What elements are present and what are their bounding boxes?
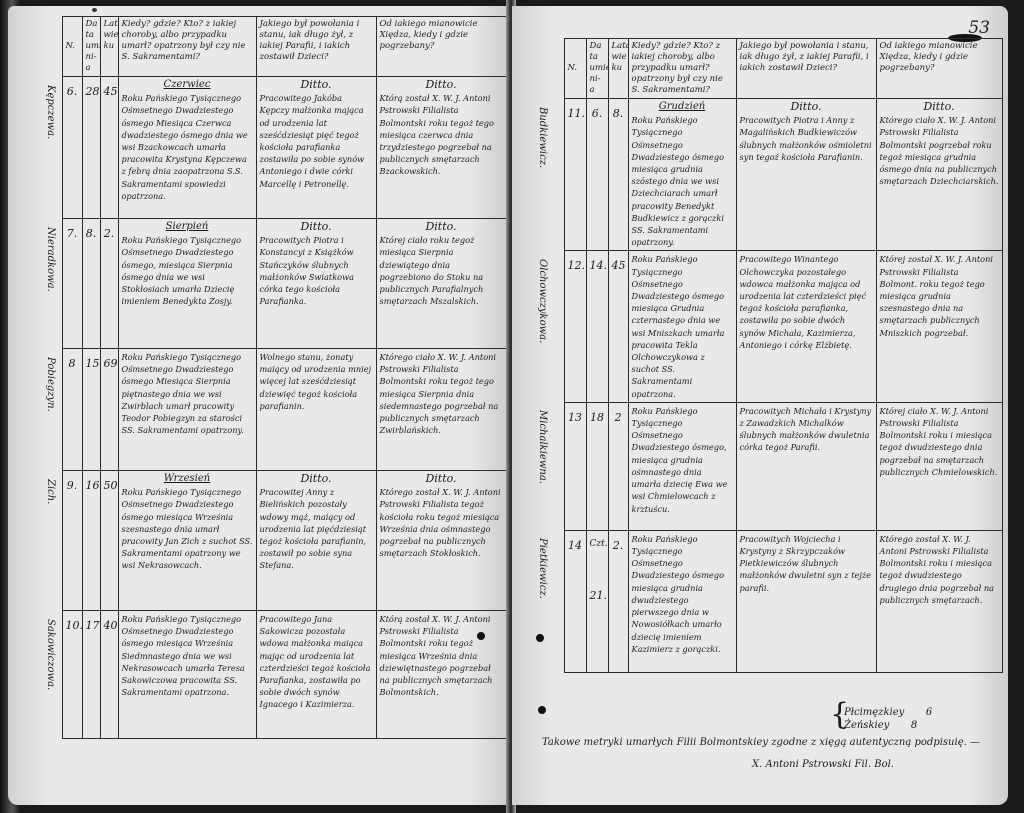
margin-surname: Zich. (44, 479, 56, 504)
tally-count: 8 (903, 719, 917, 732)
ditto-mark: Ditto. (740, 101, 873, 113)
header-when-where: Kiedy? gdzie? Kto? z iakiej choroby, alb… (628, 39, 736, 99)
parents-text: Pracowitych Wojciecha i Krystyny z Skrzy… (740, 534, 872, 593)
entry-when-where: SierpieńRoku Pańskiego Tysiącznego Ośmse… (118, 219, 256, 349)
parents-text: Pracowitych Piotra i Konstancyi z Książk… (260, 235, 355, 306)
header-parents: Jakiego był powołania i stanu, iak długo… (256, 17, 376, 77)
burial-text: Którego został X. W. J. Antoni Pstrowski… (380, 487, 501, 558)
header-row: N. Da ta umie- ni- a Lata wie ku Kiedy? … (40, 17, 506, 77)
entry-day: 18 (586, 402, 608, 530)
register-entry: Sakowiczowa.10.17.40.Roku Pańskiego Tysi… (40, 611, 506, 739)
entry-day-value: 15. (86, 357, 101, 370)
register-entry: Kępczewa.6.28.45.CzerwiecRoku Pańskiego … (40, 77, 506, 219)
ink-dot (538, 706, 546, 714)
entry-age: 50. (100, 471, 118, 611)
burial-text: Której ciało roku tegoż miesiąca Sierpni… (380, 235, 484, 306)
register-spread: N. Da ta umie- ni- a Lata wie ku Kiedy? … (0, 0, 1024, 813)
margin-surname-cell: Sakowiczowa. (40, 611, 62, 739)
header-age: Lata wie ku (608, 39, 628, 99)
margin-surname: Nieradkowa. (44, 227, 56, 292)
margin-surname-cell: Michalkiewna. (532, 402, 564, 530)
margin-surname-cell: Olchowczykowa. (532, 251, 564, 402)
entry-day: 8. (82, 219, 100, 349)
ditto-mark: Ditto. (260, 473, 373, 485)
right-register-table: N. Da ta umie- ni- a Lata wie ku Kiedy? … (532, 38, 1003, 673)
entry-number: 8 (62, 349, 82, 471)
margin-surname: Michalkiewna. (536, 410, 548, 484)
margin-surname-cell: Budkiewicz. (532, 99, 564, 251)
entry-day: 16. (82, 471, 100, 611)
tally-label: Płcimęzkiey (844, 706, 904, 719)
entry-age: 2. (100, 219, 118, 349)
burial-text: Którą został X. W. J. Antoni Pstrowski F… (380, 614, 493, 697)
month-heading: Grudzień (632, 101, 733, 113)
entry-burial: Którego ciało X. W. J. Antoni Pstrowski … (376, 349, 506, 471)
tally-label: Żeńskiey (844, 719, 889, 732)
header-number: N. (62, 17, 82, 77)
header-age: Lata wie ku (100, 17, 118, 77)
when-where-text: Roku Pańskiego Tysiącznego Ośmsetnego Dw… (122, 93, 248, 201)
entry-parents: Ditto.Pracowitej Anny z Bielińskich pozo… (256, 471, 376, 611)
entry-day-value: 14. (590, 259, 608, 272)
entry-day-value: 16. (86, 479, 101, 492)
entry-parents: Ditto.Pracowitych Piotra i Konstancyi z … (256, 219, 376, 349)
entry-parents: Ditto.Pracowitych Piotra i Anny z Magali… (736, 99, 876, 251)
entry-age: 2. (608, 530, 628, 672)
when-where-text: Roku Pańskiego Tysiącznego Ośmsetnego Dw… (122, 235, 242, 306)
parents-text: Pracowitej Anny z Bielińskich pozostały … (260, 487, 367, 570)
entry-parents: Wolnego stanu, żonaty maiący od urodzeni… (256, 349, 376, 471)
header-row: N. Da ta umie- ni- a Lata wie ku Kiedy? … (532, 39, 1002, 99)
entry-number: 13 (564, 402, 586, 530)
entry-when-where: WrzesieńRoku Pańskiego Tysiącznego Ośmse… (118, 471, 256, 611)
entry-age: 45. (100, 77, 118, 219)
month-heading: Wrzesień (122, 473, 253, 485)
when-where-text: Roku Pańskiego Tysiącznego Ośmsetnego Dw… (122, 614, 245, 697)
entry-number: 14 (564, 530, 586, 672)
entry-when-where: CzerwiecRoku Pańskiego Tysiącznego Ośmse… (118, 77, 256, 219)
header-date: Da ta umie- ni- a (82, 17, 100, 77)
entry-parents: Pracowitych Michała i Krystyny z Zawadzk… (736, 402, 876, 530)
ditto-mark: Ditto. (880, 101, 999, 113)
entry-day-value: 21. (590, 589, 608, 602)
ditto-mark: Ditto. (380, 473, 503, 485)
entry-number: 12. (564, 251, 586, 402)
entry-burial: Ditto.Którego został X. W. J. Antoni Pst… (376, 471, 506, 611)
attestation-signature: X. Antoni Pstrowski Fil. Bol. (752, 758, 894, 771)
margin-surname: Pobiegzyn. (44, 357, 56, 412)
attestation-note: Takowe metryki umarłych Filii Bolmontski… (542, 736, 992, 749)
register-entry: Budkiewicz.11.6.8.GrudzieńRoku Pańskiego… (532, 99, 1002, 251)
burial-text: Którą został X. W. J. Antoni Pstrowski F… (380, 93, 494, 176)
sex-tally: Płcimęzkiey 6 Żeńskiey 8 (844, 706, 932, 732)
month-heading: Sierpień (122, 221, 253, 233)
header-number: N. (564, 39, 586, 99)
entry-age: 2 (608, 402, 628, 530)
register-entry: Michalkiewna.13182Roku Pańskiego Tysiącz… (532, 402, 1002, 530)
margin-surname: Budkiewicz. (536, 107, 548, 168)
parents-text: Pracowitych Piotra i Anny z Magalińskich… (740, 115, 872, 162)
entry-when-where: GrudzieńRoku Pańskiego Tysiącznego Ośmse… (628, 99, 736, 251)
register-entry: Pietkiewicz.14Czt.21.2.Roku Pańskiego Ty… (532, 530, 1002, 672)
entry-day: 17. (82, 611, 100, 739)
ditto-mark: Ditto. (380, 79, 503, 91)
ditto-mark: Ditto. (260, 221, 373, 233)
entry-parents: Pracowitego Winantego Olchowczyka pozost… (736, 251, 876, 402)
entry-age: 69. (100, 349, 118, 471)
left-page: N. Da ta umie- ni- a Lata wie ku Kiedy? … (8, 6, 508, 805)
entry-number: 10. (62, 611, 82, 739)
tally-row-male: Płcimęzkiey 6 (844, 706, 932, 719)
burial-text: Której ciało X. W. J. Antoni Pstrowski F… (880, 406, 998, 477)
margin-surname-cell: Pietkiewicz. (532, 530, 564, 672)
entry-day: 14. (586, 251, 608, 402)
when-where-text: Roku Pańskiego Tysiącznego Ośmsetnego Dw… (632, 406, 728, 514)
entry-when-where: Roku Pańskiego Tysiącznego Ośmsetnego Dw… (628, 530, 736, 672)
entry-day-value: 18 (590, 411, 604, 424)
entry-age: 8. (608, 99, 628, 251)
entry-when-where: Roku Pańskiego Tysiącznego Ośmsetnego Dw… (118, 349, 256, 471)
parents-text: Wolnego stanu, żonaty maiący od urodzeni… (260, 352, 372, 411)
register-entry: Zich.9.16.50.WrzesieńRoku Pańskiego Tysi… (40, 471, 506, 611)
tally-count: 6 (918, 706, 932, 719)
ink-mark (92, 8, 97, 12)
header-margin (40, 17, 62, 77)
entry-day: Czt.21. (586, 530, 608, 672)
margin-surname-cell: Nieradkowa. (40, 219, 62, 349)
entry-day: 6. (586, 99, 608, 251)
parents-text: Pracowitego Jana Sakowicza pozostała wdo… (260, 614, 371, 709)
burial-text: Którego ciało X. W. J. Antoni Pstrowski … (880, 115, 999, 186)
parents-text: Pracowitych Michała i Krystyny z Zawadzk… (740, 406, 872, 453)
ink-dot (477, 632, 485, 640)
entry-when-where: Roku Pańskiego Tysiącznego Ośmsetnego Dw… (118, 611, 256, 739)
entry-parents: Ditto.Pracowitego Jakóba Kępczy małżonka… (256, 77, 376, 219)
month-heading: Czerwiec (122, 79, 253, 91)
entry-burial: Ditto.Której ciało roku tegoż miesiąca S… (376, 219, 506, 349)
entry-number: 9. (62, 471, 82, 611)
entry-day-value: 8. (86, 227, 97, 240)
header-burial: Od iakiego mianowicie Xiędza, kiedy i gd… (376, 17, 506, 77)
entry-number: 11. (564, 99, 586, 251)
entry-burial: Ditto.Którą został X. W. J. Antoni Pstro… (376, 77, 506, 219)
entry-when-where: Roku Pańskiego Tysiącznego Ośmsetnego Dw… (628, 251, 736, 402)
margin-surname: Pietkiewicz. (536, 538, 548, 599)
register-entry: Nieradkowa.7.8.2.SierpieńRoku Pańskiego … (40, 219, 506, 349)
burial-text: Której został X. W. J. Antoni Pstrowski … (880, 254, 993, 337)
when-where-text: Roku Pańskiego Tysiącznego Ośmsetnego Dw… (122, 352, 244, 435)
margin-surname-cell: Zich. (40, 471, 62, 611)
entry-parents: Pracowitego Jana Sakowicza pozostała wdo… (256, 611, 376, 739)
marginal-correction: Czt. (590, 539, 605, 549)
entry-burial: Ditto.Którego ciało X. W. J. Antoni Pstr… (876, 99, 1002, 251)
entry-burial: Którego został X. W. J. Antoni Pstrowski… (876, 530, 1002, 672)
entry-day-value: 17. (86, 619, 101, 632)
burial-text: Którego został X. W. J. Antoni Pstrowski… (880, 534, 995, 605)
right-page: 53 N. Da ta umie- ni- a Lata wie ku Kied… (512, 6, 1008, 805)
ditto-mark: Ditto. (260, 79, 373, 91)
when-where-text: Roku Pańskiego Tysiącznego Ośmsetnego Dw… (632, 534, 725, 654)
when-where-text: Roku Pańskiego Tysiącznego Ośmsetnego Dw… (632, 115, 725, 247)
when-where-text: Roku Pańskiego Tysiącznego Ośmsetnego Dw… (122, 487, 253, 570)
header-margin (532, 39, 564, 99)
margin-surname: Kępczewa. (44, 85, 56, 139)
entry-day-value: 28. (86, 85, 101, 98)
burial-text: Którego ciało X. W. J. Antoni Pstrowski … (380, 352, 499, 435)
entry-burial: Której został X. W. J. Antoni Pstrowski … (876, 251, 1002, 402)
register-entry: Pobiegzyn.815.69.Roku Pańskiego Tysiączn… (40, 349, 506, 471)
margin-surname-cell: Kępczewa. (40, 77, 62, 219)
header-burial: Od iakiego mianowicie Xiędza, kiedy i gd… (876, 39, 1002, 99)
left-register-table: N. Da ta umie- ni- a Lata wie ku Kiedy? … (40, 16, 507, 739)
entry-age: 40. (100, 611, 118, 739)
entry-day: 28. (82, 77, 100, 219)
when-where-text: Roku Pańskiego Tysiącznego Ośmsetnego Dw… (632, 254, 725, 398)
parents-text: Pracowitego Jakóba Kępczy małżonka mając… (260, 93, 365, 188)
margin-surname-cell: Pobiegzyn. (40, 349, 62, 471)
entry-number: 7. (62, 219, 82, 349)
margin-surname: Sakowiczowa. (44, 619, 56, 690)
header-parents: Jakiego był powołania i stanu, iak długo… (736, 39, 876, 99)
entry-when-where: Roku Pańskiego Tysiącznego Ośmsetnego Dw… (628, 402, 736, 530)
entry-age: 45 (608, 251, 628, 402)
ink-dot (536, 634, 544, 642)
tally-row-female: Żeńskiey 8 (844, 719, 932, 732)
entry-burial: Której ciało X. W. J. Antoni Pstrowski F… (876, 402, 1002, 530)
ditto-mark: Ditto. (380, 221, 503, 233)
header-date: Da ta umie- ni- a (586, 39, 608, 99)
entry-number: 6. (62, 77, 82, 219)
parents-text: Pracowitego Winantego Olchowczyka pozost… (740, 254, 867, 349)
entry-day-value: 6. (592, 107, 603, 120)
entry-day: 15. (82, 349, 100, 471)
header-when-where: Kiedy? gdzie? Kto? z iakiej choroby, alb… (118, 17, 256, 77)
entry-parents: Pracowitych Wojciecha i Krystyny z Skrzy… (736, 530, 876, 672)
margin-surname: Olchowczykowa. (536, 259, 548, 343)
entry-burial: Którą został X. W. J. Antoni Pstrowski F… (376, 611, 506, 739)
register-entry: Olchowczykowa.12.14.45Roku Pańskiego Tys… (532, 251, 1002, 402)
